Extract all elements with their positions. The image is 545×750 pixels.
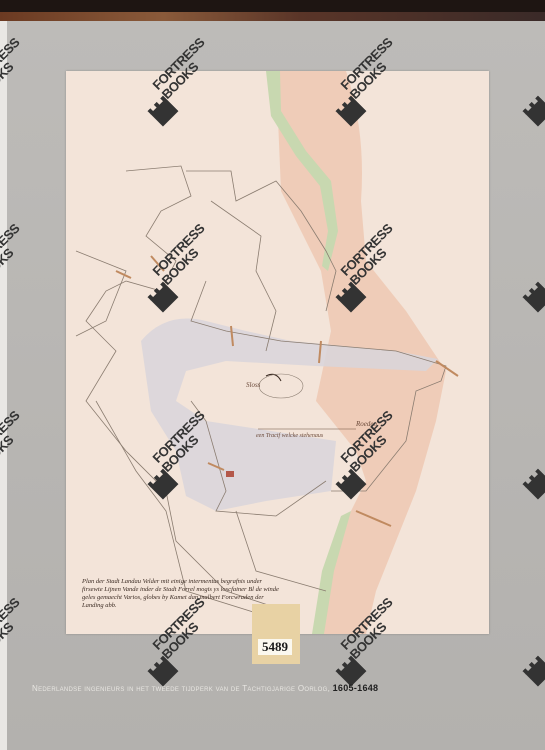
- page-caption: Nederlandse ingenieurs in het twee‌de ti…: [32, 683, 378, 693]
- castle-icon: [147, 282, 178, 313]
- watermark-logo: FORTRESSBOOKS: [0, 435, 25, 495]
- watermark-logo: FORTRESSBOOKS: [140, 248, 210, 308]
- watermark-logo: FORTRESSBOOKS: [140, 622, 210, 682]
- watermark-logo: FORTRESSBOOKS: [328, 435, 398, 495]
- watermark-logo: FORTRESSBOOKS: [0, 622, 25, 682]
- watermark-logo: [515, 248, 545, 308]
- book-cover-edge: [0, 12, 545, 21]
- watermark-logo: FORTRESSBOOKS: [328, 248, 398, 308]
- watermark-logo: FORTRESSBOOKS: [328, 62, 398, 122]
- castle-icon: [522, 282, 545, 313]
- castle-icon: [335, 469, 366, 500]
- watermark-logo: FORTRESSBOOKS: [140, 62, 210, 122]
- book-top-shadow: [0, 0, 545, 12]
- caption-years: 1605-1648: [333, 683, 379, 693]
- castle-icon: [335, 96, 366, 127]
- castle-icon: [522, 469, 545, 500]
- castle-icon: [147, 96, 178, 127]
- castle-icon: [335, 656, 366, 687]
- watermark-logo: [515, 435, 545, 495]
- castle-icon: [522, 656, 545, 687]
- castle-icon: [147, 469, 178, 500]
- castle-label: Sloss: [246, 381, 260, 389]
- scale-subtitle: een Tractf welcke stehenaus: [256, 433, 323, 439]
- gate-building: [226, 471, 234, 477]
- historic-fortress-map: Sloss Roeden een Tractf welcke stehenaus: [66, 71, 489, 634]
- castle-arc: [266, 374, 281, 381]
- archive-number: 5489: [258, 639, 292, 655]
- castle-circle: [259, 374, 303, 398]
- watermark-logo: FORTRESSBOOKS: [140, 435, 210, 495]
- watermark-logo: FORTRESSBOOKS: [328, 622, 398, 682]
- castle-icon: [147, 656, 178, 687]
- castle-icon: [335, 282, 366, 313]
- watermark-logo: [515, 622, 545, 682]
- watermark-logo: [515, 62, 545, 122]
- caption-text: Nederlandse ingenieurs in het twee‌de ti…: [32, 684, 330, 693]
- watermark-logo: FORTRESSBOOKS: [0, 248, 25, 308]
- castle-icon: [522, 96, 545, 127]
- watermark-logo: FORTRESSBOOKS: [0, 62, 25, 122]
- archive-tag: [252, 604, 300, 664]
- fortress-plan-drawing: [66, 71, 489, 634]
